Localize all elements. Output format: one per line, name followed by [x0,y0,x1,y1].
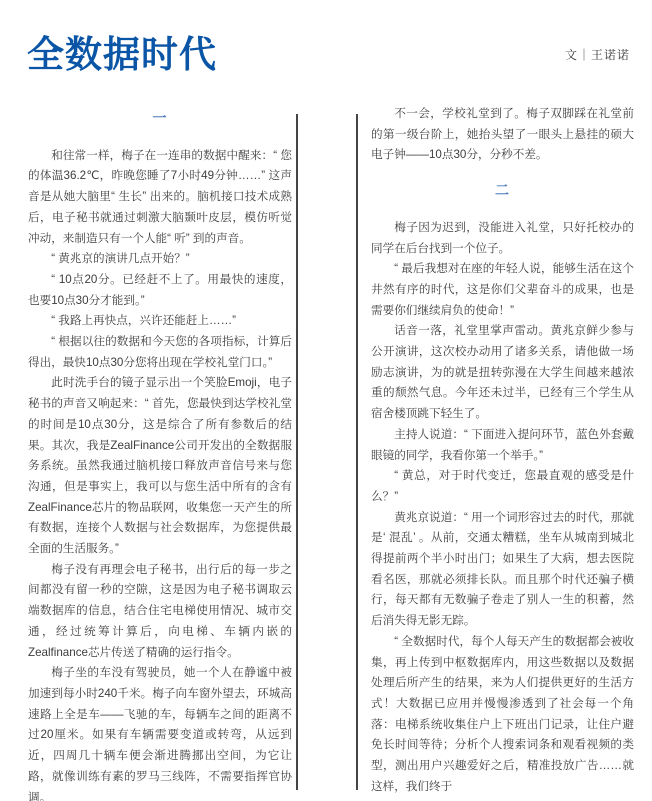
paragraph: 梅子因为迟到，没能进入礼堂，只好托校办的同学在后台找到一个位子。 [371,218,634,259]
column-divider-right [356,114,358,790]
paragraph: 话音一落，礼堂里掌声雷动。黄兆京鲜少参与公开演讲，这次校办动用了诸多关系，请他做… [371,321,634,425]
paragraph: “ 10点20分。已经赶不上了。用最快的速度，也要10点30分才能到。” [28,270,292,311]
magazine-page: 全数据时代 文｜王诺诺 一 和往常一样，梅子在一连串的数据中醒来：“ 您的体温3… [0,0,652,801]
paragraph: 梅子坐的车没有驾驶员，她一个人在静谧中被加速到每小时240千米。梅子向车窗外望去… [28,663,292,801]
paragraph: 梅子没有再理会电子秘书，出行后的每一步之间都没有留一秒的空隙，这是因为电子秘书调… [28,560,292,664]
paragraph: “ 最后我想对在座的年轻人说，能够生活在这个井然有序的时代，这是你们父辈奋斗的成… [371,259,634,321]
paragraph: 黄兆京说道：“ 用一个词形容过去的时代，那就是‘ 混乱’ 。从前，交通太糟糕，坐… [371,508,634,632]
paragraph: “ 根据以往的数据和今天您的各项指标，计算后得出，最快10点30分您将出现在学校… [28,332,292,373]
byline: 文｜王诺诺 [565,46,630,63]
section-marker-one: 一 [28,108,292,129]
section-marker-two: 二 [371,180,634,201]
paragraph: 此时洗手台的镜子显示出一个笑脸Emoji，电子秘书的声音又响起来：“ 首先，您最… [28,373,292,559]
paragraph: 不一会，学校礼堂到了。梅子双脚踩在礼堂前的第一级台阶上，她抬头望了一眼头上悬挂的… [371,104,634,166]
paragraph: 和往常一样，梅子在一连串的数据中醒来：“ 您的体温36.2℃，昨晚您睡了7小时4… [28,146,292,250]
left-column: 一 和往常一样，梅子在一连串的数据中醒来：“ 您的体温36.2℃，昨晚您睡了7小… [28,104,292,801]
paragraph: “ 黄总，对于时代变迁，您最直观的感受是什么？” [371,466,634,507]
paragraph: “ 全数据时代，每个人每天产生的数据都会被收集，再上传到中枢数据库内，用这些数据… [371,632,634,798]
paragraph: “ 我路上再快点，兴许还能赶上……” [28,311,292,332]
page-title: 全数据时代 [27,31,217,79]
paragraph: 主持人说道：“ 下面进入提问环节，蓝色外套戴眼镜的同学，我看你第一个举手。” [371,425,634,466]
right-column: 不一会，学校礼堂到了。梅子双脚踩在礼堂前的第一级台阶上，她抬头望了一眼头上悬挂的… [371,104,634,798]
paragraph: “ 黄兆京的演讲几点开始？” [28,249,292,270]
column-divider-left [296,114,298,790]
